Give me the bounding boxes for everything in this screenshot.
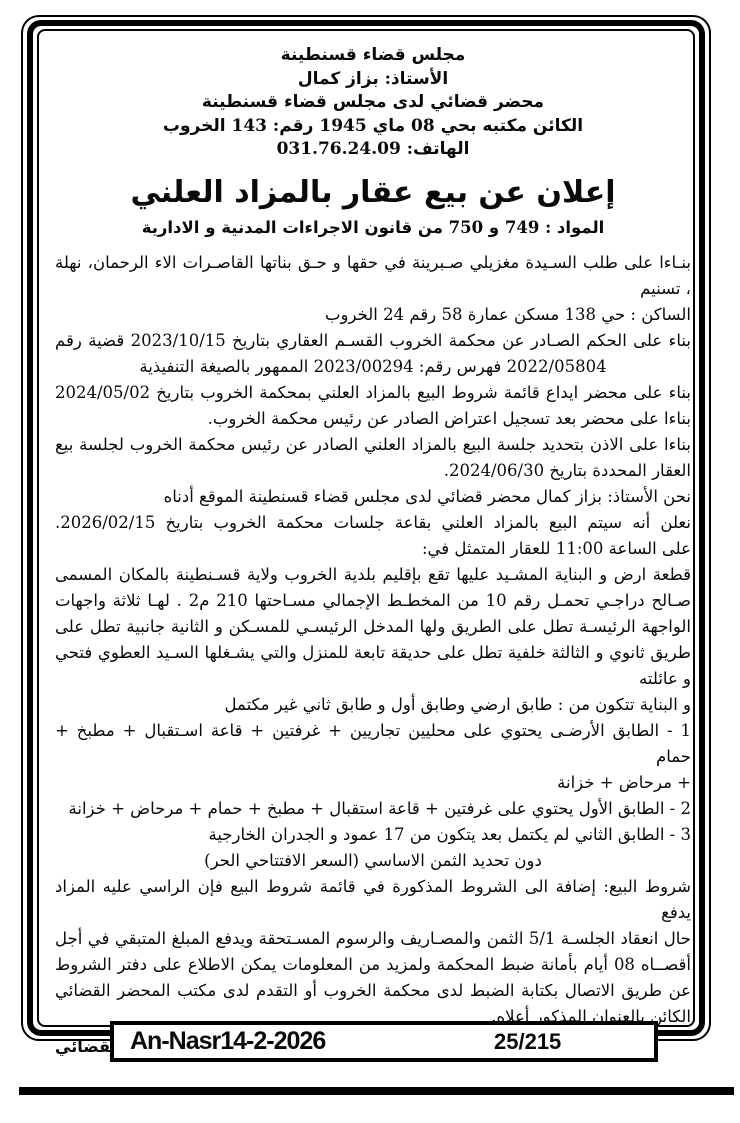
body-line: 2022/05804 فهرس رقم: 2023/00294 الممهور …	[55, 354, 691, 380]
body-line: على الساعة 11:00 للعقار المتمثل في:	[55, 536, 691, 562]
body-line: بنـاءا على طلب السـيدة مغزيلي صـبرينة في…	[55, 250, 691, 276]
header-line: الكائن مكتبه بحي 08 ماي 1945 رقم: 143 ال…	[55, 115, 691, 139]
body-line: و عائلته	[55, 666, 691, 692]
body-line: 2 - الطابق الأول يحتوي على غرفتين + قاعة…	[55, 796, 691, 822]
notice-subtitle: المواد : 749 و 750 من قانون الاجراءات ال…	[55, 216, 691, 240]
body-line: + مرحاض + خزانة	[55, 770, 691, 796]
document-page: مجلس قضاء قسنطينةالأستاذ: بزاز كمالمحضر …	[0, 0, 740, 1123]
body-line: 3 - الطابق الثاني لم يكتمل بعد يتكون من …	[55, 822, 691, 848]
header-line: مجلس قضاء قسنطينة	[55, 44, 691, 68]
notice-title: إعلان عن بيع عقار بالمزاد العلني	[55, 175, 691, 211]
body-line: طريق ثانوي و الثالثة خلفية تطل على حديقة…	[55, 640, 691, 666]
body-line: نعلن أنه سيتم البيع بالمزاد العلني بقاعة…	[55, 510, 691, 536]
body-line: شروط البيع: إضافة الى الشروط المذكورة في…	[55, 874, 691, 926]
header-line: الهاتف: 031.76.24.09	[55, 138, 691, 162]
body-line: الواجهة الرئيسـة تطل على الطريق ولها الم…	[55, 614, 691, 640]
notice-header: مجلس قضاء قسنطينةالأستاذ: بزاز كمالمحضر …	[55, 36, 691, 162]
body-line: و البناية تتكون من : طابق ارضي وطابق أول…	[55, 692, 691, 718]
notice-body: بنـاءا على طلب السـيدة مغزيلي صـبرينة في…	[55, 250, 691, 1030]
publication-box: An-Nasr14-2-2026 25/215	[110, 1021, 658, 1062]
header-line: الأستاذ: بزاز كمال	[55, 68, 691, 92]
body-line: ، تسنيم	[55, 276, 691, 302]
publication-name: An-Nasr14-2-2026	[130, 1027, 325, 1056]
body-line: بناءا على محضر بعد تسجيل اعتراض الصادر ع…	[55, 406, 691, 432]
body-line: الساكن : حي 138 مسكن عمارة 58 رقم 24 الخ…	[55, 302, 691, 328]
body-line: نحن الأستاذ: بزاز كمال محضر قضائي لدى مج…	[55, 484, 691, 510]
body-line: دون تحديد الثمن الاساسي (السعر الافتتاحي…	[55, 848, 691, 874]
body-line: عن طريق الاتصال بكتابة الضبط لدى محكمة ا…	[55, 978, 691, 1004]
body-line: حال انعقاد الجلسـة 5/1 الثمن والمصـاريف …	[55, 926, 691, 952]
body-line: أقصــاه 08 أيام بأمانة ضبط المحكمة ولمزي…	[55, 952, 691, 978]
bottom-rule	[19, 1087, 734, 1095]
body-line: قطعة ارض و البناية المشـيد عليها تقع بإق…	[55, 562, 691, 588]
body-line: بناء على محضر ايداع قائمة شروط البيع بال…	[55, 380, 691, 406]
body-line: بناء على الحكم الصـادر عن محكمة الخروب ا…	[55, 328, 691, 354]
announcement-content: مجلس قضاء قسنطينةالأستاذ: بزاز كمالمحضر …	[55, 36, 691, 1056]
body-line: بناءا على الاذن بتحديد جلسة البيع بالمزا…	[55, 432, 691, 458]
body-line: 1 - الطابق الأرضـى يحتوي على محليين تجار…	[55, 718, 691, 770]
body-line: العقار المحددة بتاريخ 2024/06/30.	[55, 458, 691, 484]
header-line: محضر قضائي لدى مجلس قضاء قسنطينة	[55, 91, 691, 115]
publication-reference: 25/215	[494, 1029, 561, 1055]
body-line: صـالح دراجـي تحمـل رقم 10 من المخطـط الإ…	[55, 588, 691, 614]
